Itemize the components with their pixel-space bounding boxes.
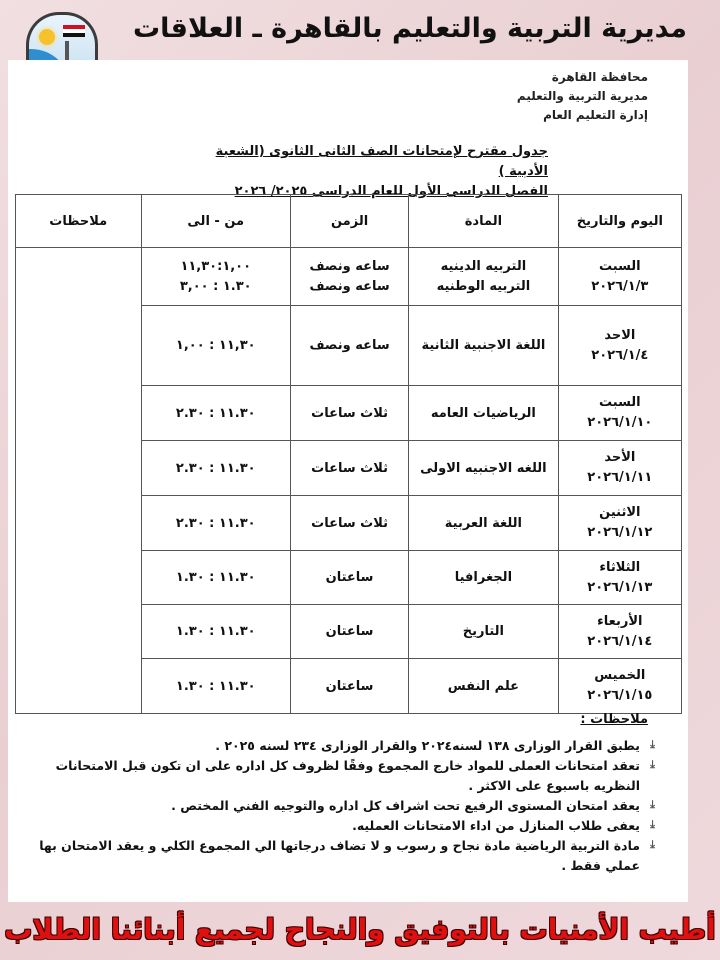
day-cell: الخميس ٢٠٢٦/١/١٥ [558,659,681,714]
duration-cell: ساعه ونصف ساعه ونصف [291,248,409,306]
duration-cell: ساعتان [291,605,409,659]
day-date: ٢٠٢٦/١/١٢ [561,523,679,543]
notes-list: ⤓يطبق القرار الوزارى ١٣٨ لسنه٢٠٢٤ والقرا… [22,736,660,876]
day-cell: الاحد ٢٠٢٦/١/٤ [558,306,681,386]
day-name: الاحد [561,326,679,346]
document-title: جدول مقترح لإمتحانات الصف الثانى الثانوى… [178,142,548,202]
time-cell: ١١.٣٠ : ١.٣٠ [141,605,291,659]
down-arrow-bullet-icon: ⤓ [647,819,658,831]
time-cell: ١١.٣٠ : ٢.٣٠ [141,386,291,441]
day-date: ٢٠٢٦/١/١٤ [561,632,679,652]
day-cell: السبت ٢٠٢٦/١/٣ [558,248,681,306]
day-cell: الأربعاء ٢٠٢٦/١/١٤ [558,605,681,659]
down-arrow-bullet-icon: ⤓ [647,739,658,751]
time-cell: ١١.٣٠ : ٢.٣٠ [141,496,291,551]
org-governorate: محافظة القاهرة [517,68,648,87]
day-name: الأربعاء [561,612,679,632]
down-arrow-bullet-icon: ⤓ [647,839,658,851]
notes-title: ملاحظات : [580,712,648,727]
day-name: الاثنين [561,503,679,523]
document-title-line1: جدول مقترح لإمتحانات الصف الثانى الثانوى… [178,142,548,182]
note-text: تعقد امتحانات العملى للمواد خارج المجموع… [56,758,640,793]
header-time: من - الى [141,195,291,248]
org-administration: إدارة التعليم العام [517,106,648,125]
subject-cell: اللغة الاجنبية الثانية [409,306,559,386]
note-text: يطبق القرار الوزارى ١٣٨ لسنه٢٠٢٤ والقرار… [215,738,640,753]
footer-wishes: أطيب الأمنيات بالتوفيق والنجاح لجميع أبن… [0,905,720,955]
org-directorate: مديرية التربية والتعليم [517,87,648,106]
day-cell: السبت ٢٠٢٦/١/١٠ [558,386,681,441]
day-name: الخميس [561,666,679,686]
subject: التربيه الوطنيه [411,277,556,297]
exam-schedule-table: اليوم والتاريخ المادة الزمن من - الى ملا… [15,194,682,714]
time-cell: ١١.٣٠ : ١.٣٠ [141,551,291,605]
sun-icon [39,29,55,45]
subject-cell: اللغة العربية [409,496,559,551]
table-row: السبت ٢٠٢٦/١/٣ التربيه الدينيه التربيه ا… [16,248,682,306]
duration-cell: ثلاث ساعات [291,441,409,496]
header-duration: الزمن [291,195,409,248]
note-item: ⤓يعقد امتحان المستوى الرفيع تحت اشراف كل… [22,796,660,816]
egypt-flag-icon [63,25,85,37]
document-page: محافظة القاهرة مديرية التربية والتعليم إ… [8,60,688,902]
time-cell: ١١,٣٠:١,٠٠ ١.٣٠ : ٣,٠٠ [141,248,291,306]
subject-cell: علم النفس [409,659,559,714]
day-date: ٢٠٢٦/١/٣ [561,277,679,297]
down-arrow-bullet-icon: ⤓ [647,759,658,771]
time-cell: ١١.٣٠ : ٢.٣٠ [141,441,291,496]
page-header-title: مديرية التربية والتعليم بالقاهرة ـ العلا… [110,6,710,52]
duration-cell: ساعتان [291,659,409,714]
notes-cell [16,248,142,714]
note-text: يعفى طلاب المنازل من اداء الامتحانات الع… [352,818,640,833]
note-item: ⤓تعقد امتحانات العملى للمواد خارج المجمو… [22,756,660,796]
time-cell: ١١,٣٠ : ١,٠٠ [141,306,291,386]
duration-cell: ثلاث ساعات [291,386,409,441]
subject-cell: الرياضيات العامه [409,386,559,441]
note-text: مادة التربية الرياضية مادة نجاح و رسوب و… [39,838,640,873]
time-range: ١١,٣٠:١,٠٠ [144,257,289,277]
day-cell: الأحد ٢٠٢٦/١/١١ [558,441,681,496]
duration-cell: ساعتان [291,551,409,605]
duration-cell: ساعه ونصف [291,306,409,386]
issuing-organization: محافظة القاهرة مديرية التربية والتعليم إ… [517,68,648,125]
day-date: ٢٠٢٦/١/١٠ [561,413,679,433]
time-cell: ١١.٣٠ : ١.٣٠ [141,659,291,714]
subject-cell: اللغه الاجنبيه الاولى [409,441,559,496]
duration: ساعه ونصف [293,277,406,297]
subject-cell: الجغرافيا [409,551,559,605]
day-cell: الثلاثاء ٢٠٢٦/١/١٣ [558,551,681,605]
day-cell: الاثنين ٢٠٢٦/١/١٢ [558,496,681,551]
day-date: ٢٠٢٦/١/٤ [561,346,679,366]
note-item: ⤓مادة التربية الرياضية مادة نجاح و رسوب … [22,836,660,876]
day-date: ٢٠٢٦/١/١٥ [561,686,679,706]
day-name: السبت [561,257,679,277]
day-date: ٢٠٢٦/١/١١ [561,468,679,488]
header-subject: المادة [409,195,559,248]
duration-cell: ثلاث ساعات [291,496,409,551]
day-name: الأحد [561,448,679,468]
header-day-date: اليوم والتاريخ [558,195,681,248]
table-header-row: اليوم والتاريخ المادة الزمن من - الى ملا… [16,195,682,248]
note-item: ⤓يطبق القرار الوزارى ١٣٨ لسنه٢٠٢٤ والقرا… [22,736,660,756]
duration: ساعه ونصف [293,257,406,277]
note-text: يعقد امتحان المستوى الرفيع تحت اشراف كل … [171,798,640,813]
day-date: ٢٠٢٦/١/١٣ [561,578,679,598]
subject-cell: التربيه الدينيه التربيه الوطنيه [409,248,559,306]
down-arrow-bullet-icon: ⤓ [647,799,658,811]
header-notes: ملاحظات [16,195,142,248]
subject: التربيه الدينيه [411,257,556,277]
subject-cell: التاريخ [409,605,559,659]
day-name: السبت [561,393,679,413]
time-range: ١.٣٠ : ٣,٠٠ [144,277,289,297]
day-name: الثلاثاء [561,558,679,578]
note-item: ⤓يعفى طلاب المنازل من اداء الامتحانات ال… [22,816,660,836]
